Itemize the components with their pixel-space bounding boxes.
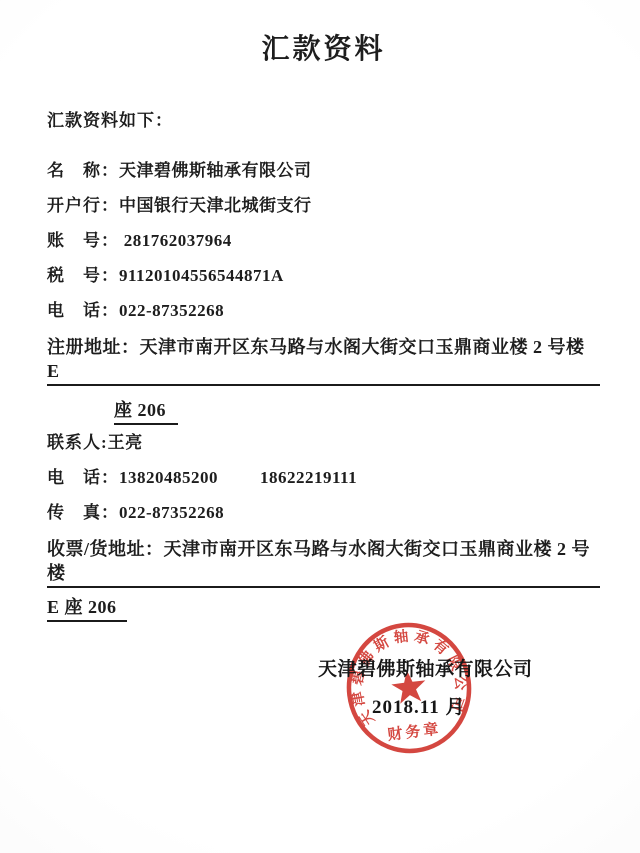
footer-company-name: 天津碧佛斯轴承有限公司	[318, 659, 533, 681]
field-label: 电 话：	[47, 468, 119, 487]
address-text: 座 206	[114, 398, 178, 425]
field-value: 022-87352268	[119, 503, 224, 522]
field-value: 天津碧佛斯轴承有限公司	[119, 161, 312, 180]
registered-address-line2: 座 206	[47, 398, 600, 425]
field-label: 收票/货地址：	[47, 539, 164, 559]
phone-number-1: 13820485200	[119, 468, 218, 487]
field-label: 账 号：	[47, 231, 119, 250]
field-label: 注册地址：	[47, 337, 140, 357]
field-row-bank: 开户行：中国银行天津北城街支行	[47, 195, 600, 217]
field-row-tax-number: 税 号：91120104556544871A	[47, 265, 600, 287]
registered-address: 注册地址：天津市南开区东马路与水阁大街交口玉鼎商业楼 2 号楼 E 座 206	[47, 335, 600, 425]
field-label: 开户行：	[47, 196, 119, 215]
shipping-address-line2: E 座 206	[47, 595, 600, 622]
shipping-address: 收票/货地址：天津市南开区东马路与水阁大街交口玉鼎商业楼 2 号楼 E 座 20…	[47, 537, 600, 622]
intro-line: 汇款资料如下：	[47, 110, 600, 132]
field-label: 电 话：	[47, 301, 119, 320]
field-value: 中国银行天津北城街支行	[119, 196, 312, 215]
field-value: 281762037964	[119, 231, 232, 250]
field-label: 联系人:	[47, 433, 108, 452]
field-row-phone: 电 话：022-87352268	[47, 300, 600, 322]
seal-bottom-text: 财务章	[386, 719, 442, 743]
field-value: 王亮	[108, 433, 143, 452]
footer-date: 2018.11 月	[372, 697, 465, 719]
contact-person-row: 联系人:王亮	[47, 432, 600, 454]
fax-row: 传 真：022-87352268	[47, 502, 600, 524]
field-row-company-name: 名 称：天津碧佛斯轴承有限公司	[47, 160, 600, 182]
field-row-account-number: 账 号： 281762037964	[47, 230, 600, 252]
company-seal: 天津碧佛斯轴承有限公司 财务章	[336, 613, 482, 764]
field-value: 022-87352268	[119, 301, 224, 320]
field-label: 名 称：	[47, 161, 119, 180]
finance-seal-stamp: 天津碧佛斯轴承有限公司 财务章	[336, 613, 482, 764]
field-label: 传 真：	[47, 503, 119, 522]
address-text: E 座 206	[47, 595, 127, 622]
page-title: 汇款资料	[47, 34, 600, 66]
registered-address-line1: 注册地址：天津市南开区东马路与水阁大街交口玉鼎商业楼 2 号楼 E	[47, 335, 600, 386]
field-label: 税 号：	[47, 266, 119, 285]
contact-phone-row: 电 话：1382048520018622219111	[47, 467, 600, 489]
shipping-address-line1: 收票/货地址：天津市南开区东马路与水阁大街交口玉鼎商业楼 2 号楼	[47, 537, 600, 588]
document-page: 汇款资料 汇款资料如下： 名 称：天津碧佛斯轴承有限公司 开户行：中国银行天津北…	[0, 0, 640, 853]
bank-info-section: 名 称：天津碧佛斯轴承有限公司 开户行：中国银行天津北城街支行 账 号： 281…	[47, 160, 600, 322]
field-value: 91120104556544871A	[119, 266, 284, 285]
phone-number-2: 18622219111	[260, 468, 357, 487]
